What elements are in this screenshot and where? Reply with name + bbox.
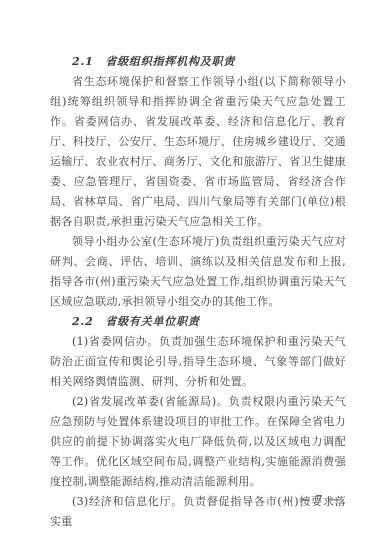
section-heading-2-1: 2.1 省级组织指挥机构及职责 [50, 52, 346, 72]
paragraph-leading-group-office: 领导小组办公室(生态环境厅)负责组织重污染天气应对研判、会商、评估、培训、演练以… [50, 232, 346, 312]
section-heading-2-2: 2.2 省级有关单位职责 [50, 312, 346, 332]
page-number: — 7 — [299, 492, 340, 508]
paragraph-leading-group: 省生态环境保护和督察工作领导小组(以下简称领导小组)统筹组织领导和指挥协调全省重… [50, 72, 346, 232]
document-text-block: 2.1 省级组织指挥机构及职责 省生态环境保护和督察工作领导小组(以下简称领导小… [50, 52, 346, 532]
document-page: 2.1 省级组织指挥机构及职责 省生态环境保护和督察工作领导小组(以下简称领导小… [0, 0, 390, 551]
paragraph-duty-1: (1)省委网信办。负责加强生态环境保护和重污染天气防治正面宣传和舆论引导,指导生… [50, 332, 346, 392]
paragraph-duty-2: (2)省发展改革委(省能源局)。负责权限内重污染天气应急预防与处置体系建设项目的… [50, 392, 346, 492]
